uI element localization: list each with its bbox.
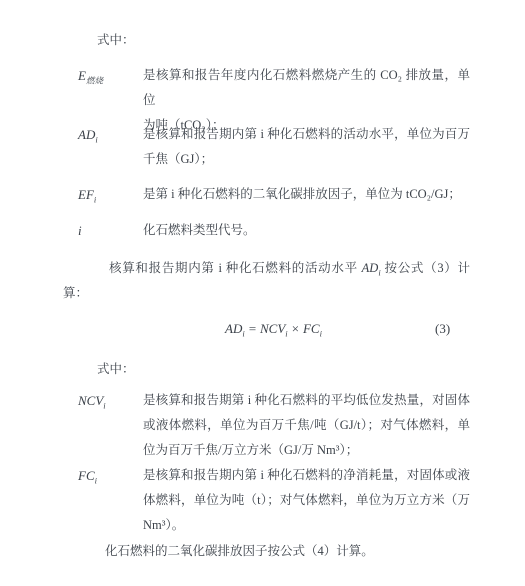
symbol-ad-i-inline: ADi bbox=[362, 261, 381, 275]
definition-text: 是核算和报告期内第 i 种化石燃料的净消耗量，对固体或液 体燃料，单位为吨（t）… bbox=[143, 463, 470, 538]
definition-row-ncv: NCVi 是核算和报告期第 i 种化石燃料的平均低位发热量，对固体 或液体燃料，… bbox=[63, 388, 470, 463]
where-clause-label-1: 式中： bbox=[63, 28, 504, 53]
symbol-fc-i: FCi bbox=[63, 463, 143, 538]
definition-text: 是第 i 种化石燃料的二氧化碳排放因子，单位为 tCO₂/GJ； bbox=[143, 182, 470, 207]
where-clause-label-2: 式中： bbox=[63, 357, 504, 382]
paragraph-line: 核算和报告期内第 i 种化石燃料的活动水平 ADi 按公式（3）计 bbox=[63, 256, 470, 281]
definition-text-line: 位为百万千焦/万立方米（GJ/万 Nm³）； bbox=[143, 438, 470, 463]
symbol-ncv-i: NCVi bbox=[63, 388, 143, 463]
definition-row-i: i 化石燃料类型代号。 bbox=[63, 218, 470, 243]
formula-number: (3) bbox=[435, 316, 450, 341]
definition-text: 是核算和报告期内第 i 种化石燃料的活动水平，单位为百万 千焦（GJ）； bbox=[143, 122, 470, 172]
definition-row-ad: ADi 是核算和报告期内第 i 种化石燃料的活动水平，单位为百万 千焦（GJ）； bbox=[63, 122, 470, 172]
definition-text-line: Nm³）。 bbox=[143, 513, 470, 538]
definition-text-line: 或液体燃料，单位为百万千焦/吨（GJ/t）；对气体燃料，单 bbox=[143, 413, 470, 438]
definition-text-line: 体燃料，单位为吨（t）；对气体燃料，单位为万立方米（万 bbox=[143, 488, 470, 513]
symbol-ef-i: EFi bbox=[63, 182, 143, 207]
formula-expression: ADi = NCVi × FCi bbox=[225, 321, 322, 336]
definition-row-ef: EFi 是第 i 种化石燃料的二氧化碳排放因子，单位为 tCO₂/GJ； bbox=[63, 182, 470, 207]
definition-text-line: 千焦（GJ）； bbox=[143, 147, 470, 172]
symbol-i: i bbox=[63, 218, 143, 243]
definition-text: 化石燃料类型代号。 bbox=[143, 218, 470, 243]
paragraph-formula-intro: 核算和报告期内第 i 种化石燃料的活动水平 ADi 按公式（3）计 算： bbox=[63, 256, 470, 306]
definition-row-fc: FCi 是核算和报告期内第 i 种化石燃料的净消耗量，对固体或液 体燃料，单位为… bbox=[63, 463, 470, 538]
definition-text-line: 是核算和报告期第 i 种化石燃料的平均低位发热量，对固体 bbox=[143, 388, 470, 413]
symbol-ad-i: ADi bbox=[63, 122, 143, 172]
definition-text-line: 是核算和报告期内第 i 种化石燃料的活动水平，单位为百万 bbox=[143, 122, 470, 147]
definition-text: 是核算和报告期第 i 种化石燃料的平均低位发热量，对固体 或液体燃料，单位为百万… bbox=[143, 388, 470, 463]
definition-text-line: 是核算和报告年度内化石燃料燃烧产生的 CO₂ 排放量，单位 bbox=[143, 63, 470, 113]
definition-text-line: 是核算和报告期内第 i 种化石燃料的净消耗量，对固体或液 bbox=[143, 463, 470, 488]
formula-block: ADi = NCVi × FCi (3) bbox=[63, 316, 470, 341]
paragraph-line: 算： bbox=[63, 281, 470, 306]
definition-text-line: 是第 i 种化石燃料的二氧化碳排放因子，单位为 tCO₂/GJ； bbox=[143, 182, 470, 207]
document-page: 式中： E燃烧 是核算和报告年度内化石燃料燃烧产生的 CO₂ 排放量，单位 为吨… bbox=[0, 0, 525, 586]
closing-paragraph: 化石燃料的二氧化碳排放因子按公式（4）计算。 bbox=[63, 539, 470, 564]
definition-text-line: 化石燃料类型代号。 bbox=[143, 218, 470, 243]
